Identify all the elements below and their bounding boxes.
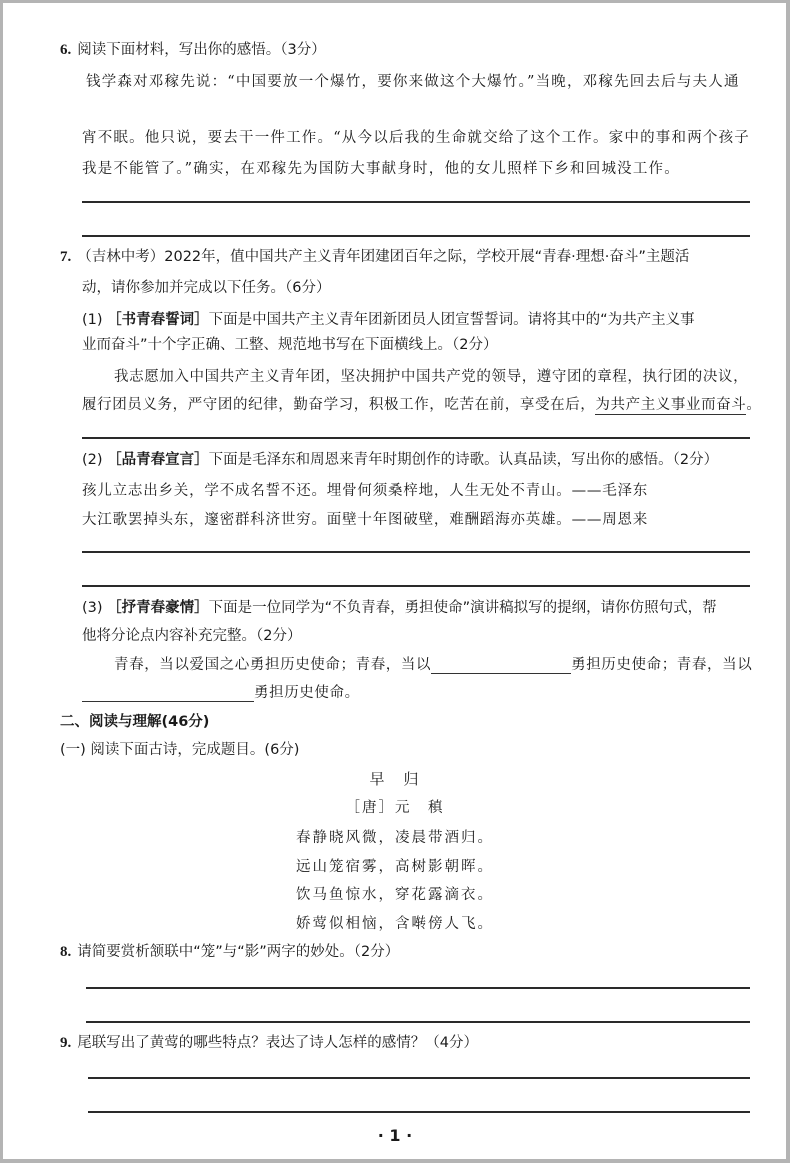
question-7-prompt-line2: 动，请你参加并完成以下任务。（6分）: [82, 276, 330, 297]
question-number: 7.: [60, 249, 71, 265]
oath-text: 履行团员义务，严守团的纪律，勤奋学习，积极工作，吃苦在前，享受在后，: [82, 397, 595, 413]
question-6-prompt: 6.阅读下面材料，写出你的感悟。（3分）: [60, 38, 326, 59]
poem-line: 饮马鱼惊水，穿花露滴衣。: [0, 883, 790, 904]
answer-line[interactable]: [86, 1021, 750, 1023]
part-1-instruction-line2: 业而奋斗”十个字正确、工整、规范地书写在下面横线上。（2分）: [82, 333, 498, 354]
part-label: (3): [82, 600, 103, 616]
part-label: (2): [82, 452, 103, 468]
poem-author: ［唐］元 稹: [0, 796, 790, 817]
part-label: (1): [82, 312, 103, 328]
part-text: 下面是中国共产主义青年团新团员人团宣誓誓词。请将其中的“为共产主义事: [209, 312, 695, 328]
task-tag: ［抒青春豪情］: [107, 600, 209, 616]
poem-line: 远山笼宿雾，高树影朝晖。: [0, 855, 790, 876]
fill-blank-2[interactable]: [82, 685, 254, 702]
task-tag: ［书青春誓词］: [107, 312, 209, 328]
answer-line[interactable]: [82, 201, 750, 203]
sub-section-heading: (一) 阅读下面古诗，完成题目。(6分): [60, 738, 299, 759]
question-number: 6.: [60, 42, 71, 58]
answer-line[interactable]: [88, 1077, 750, 1079]
answer-line[interactable]: [86, 987, 750, 989]
poem-zhou: 大江歌罢掉头东，邃密群科济世穷。面壁十年图破壁，难酬蹈海亦英雄。——周恩来: [82, 508, 648, 529]
fill-text: 勇担历史使命；青春，当以: [571, 657, 752, 673]
fill-in-line-2: 勇担历史使命。: [82, 681, 360, 702]
part-3-instruction: (3) ［抒青春豪情］下面是一位同学为“不负青春，勇担使命”演讲稿拟写的提纲，请…: [82, 596, 717, 617]
task-tag: ［品青春宣言］: [107, 452, 209, 468]
fill-text: 青春，当以爱国之心勇担历史使命；青春，当以: [114, 657, 431, 673]
fill-text: 勇担历史使命。: [254, 685, 360, 701]
question-8-prompt: 8.请简要赏析颔联中“笼”与“影”两字的妙处。（2分）: [60, 940, 399, 961]
poem-title: 早 归: [0, 768, 790, 789]
question-7-prompt: 7.（吉林中考）2022年，值中国共产主义青年团建团百年之际，学校开展“青春·理…: [60, 245, 689, 266]
answer-line[interactable]: [88, 1111, 750, 1113]
question-text: 尾联写出了黄莺的哪些特点？表达了诗人怎样的感情？（4分）: [77, 1035, 478, 1051]
material-line-2: 宵不眠。他只说，要去干一件工作。“从今以后我的生命就交给了这个工作。家中的事和两…: [82, 126, 750, 147]
question-number: 9.: [60, 1035, 71, 1051]
poem-mao: 孩儿立志出乡关，学不成名誓不还。埋骨何须桑梓地，人生无处不青山。——毛泽东: [82, 479, 648, 500]
question-text: 请简要赏析颔联中“笼”与“影”两字的妙处。（2分）: [77, 944, 399, 960]
fill-blank-1[interactable]: [431, 657, 571, 674]
poem-line: 娇莺似相恼，含啭傍人飞。: [0, 912, 790, 933]
question-text: （吉林中考）2022年，值中国共产主义青年团建团百年之际，学校开展“青春·理想·…: [77, 249, 689, 265]
page-number: · 1 ·: [0, 1126, 790, 1145]
material-line-1: 钱学森对邓稼先说：“中国要放一个爆竹，要你来做这个大爆竹。”当晚，邓稼先回去后与…: [86, 70, 740, 91]
question-9-prompt: 9.尾联写出了黄莺的哪些特点？表达了诗人怎样的感情？（4分）: [60, 1031, 478, 1052]
fill-in-line-1: 青春，当以爱国之心勇担历史使命；青春，当以勇担历史使命；青春，当以: [114, 653, 752, 674]
part-2-instruction: (2) ［品青春宣言］下面是毛泽东和周恩来青年时期创作的诗歌。认真品读，写出你的…: [82, 448, 718, 469]
question-number: 8.: [60, 944, 71, 960]
oath-line-2: 履行团员义务，严守团的纪律，勤奋学习，积极工作，吃苦在前，享受在后，为共产主义事…: [82, 393, 762, 414]
part-1-instruction: (1) ［书青春誓词］下面是中国共产主义青年团新团员人团宣誓誓词。请将其中的“为…: [82, 308, 695, 329]
material-line-3: 我是不能管了。”确实，在邓稼先为国防大事献身时，他的女儿照样下乡和回城没工作。: [82, 157, 680, 178]
part-3-instruction-line2: 他将分论点内容补充完整。（2分）: [82, 624, 301, 645]
period: 。: [746, 397, 761, 413]
answer-line[interactable]: [82, 551, 750, 553]
section-heading: 二、阅读与理解(46分): [60, 710, 209, 731]
answer-line[interactable]: [82, 585, 750, 587]
question-text: 阅读下面材料，写出你的感悟。（3分）: [77, 42, 325, 58]
part-text: 下面是毛泽东和周恩来青年时期创作的诗歌。认真品读，写出你的感悟。（2分）: [209, 452, 718, 468]
poem-line: 春静晓风微，凌晨带酒归。: [0, 826, 790, 847]
part-text: 下面是一位同学为“不负青春，勇担使命”演讲稿拟写的提纲，请你仿照句式，帮: [209, 600, 717, 616]
oath-line-1: 我志愿加入中国共产主义青年团，坚决拥护中国共产党的领导，遵守团的章程，执行团的决…: [114, 365, 748, 386]
answer-line[interactable]: [82, 437, 750, 439]
answer-line[interactable]: [82, 235, 750, 237]
underlined-phrase: 为共产主义事业而奋斗: [595, 397, 746, 415]
